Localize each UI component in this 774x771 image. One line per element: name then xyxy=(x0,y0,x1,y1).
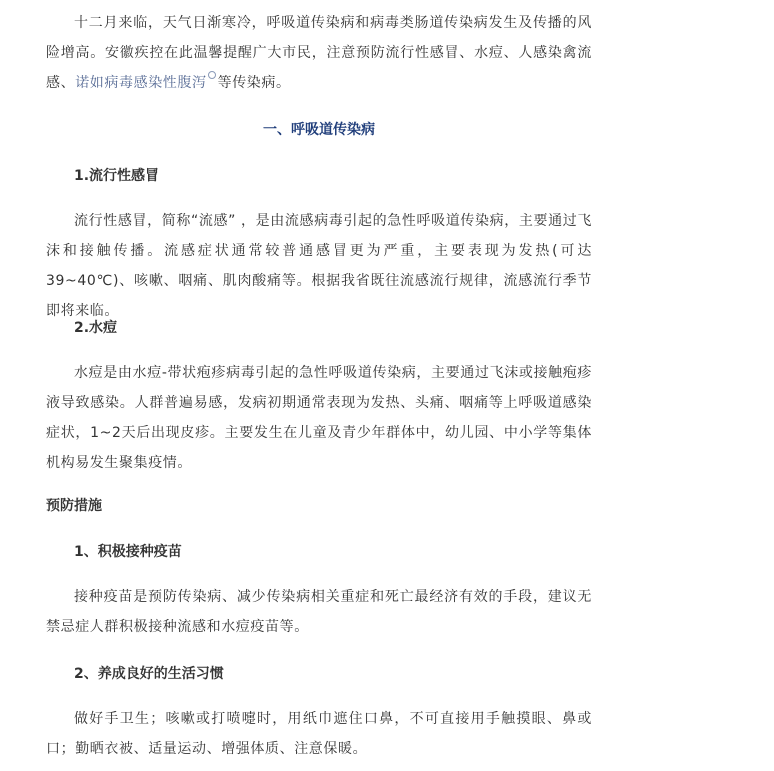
influenza-paragraph: 流行性感冒，简称“流感” ，是由流感病毒引起的急性呼吸道传染病，主要通过飞沫和接… xyxy=(46,206,592,326)
prevention-title: 预防措施 xyxy=(46,494,102,518)
chickenpox-paragraph: 水痘是由水痘-带状疱疹病毒引起的急性呼吸道传染病，主要通过飞沫或接触疱疹液导致感… xyxy=(46,358,592,478)
subheading-influenza: 1.流行性感冒 xyxy=(74,164,159,188)
habits-paragraph: 做好手卫生；咳嗽或打喷嚏时，用纸巾遮住口鼻，不可直接用手触摸眼、鼻或口；勤晒衣被… xyxy=(46,704,592,764)
intro-text-end: 等传染病。 xyxy=(218,75,291,91)
search-icon[interactable] xyxy=(208,71,216,79)
intro-paragraph: 十二月来临，天气日渐寒冷，呼吸道传染病和病毒类肠道传染病发生及传播的风险增高。安… xyxy=(46,8,592,98)
vaccination-paragraph: 接种疫苗是预防传染病、减少传染病相关重症和死亡最经济有效的手段，建议无禁忌症人群… xyxy=(46,582,592,642)
subheading-habits: 2、养成良好的生活习惯 xyxy=(74,662,224,686)
subheading-chickenpox: 2.水痘 xyxy=(74,316,117,340)
subheading-vaccination: 1、积极接种疫苗 xyxy=(74,540,182,564)
section-title-respiratory: 一、呼吸道传染病 xyxy=(46,118,592,142)
norovirus-link[interactable]: 诺如病毒感染性腹泻 xyxy=(75,75,206,91)
